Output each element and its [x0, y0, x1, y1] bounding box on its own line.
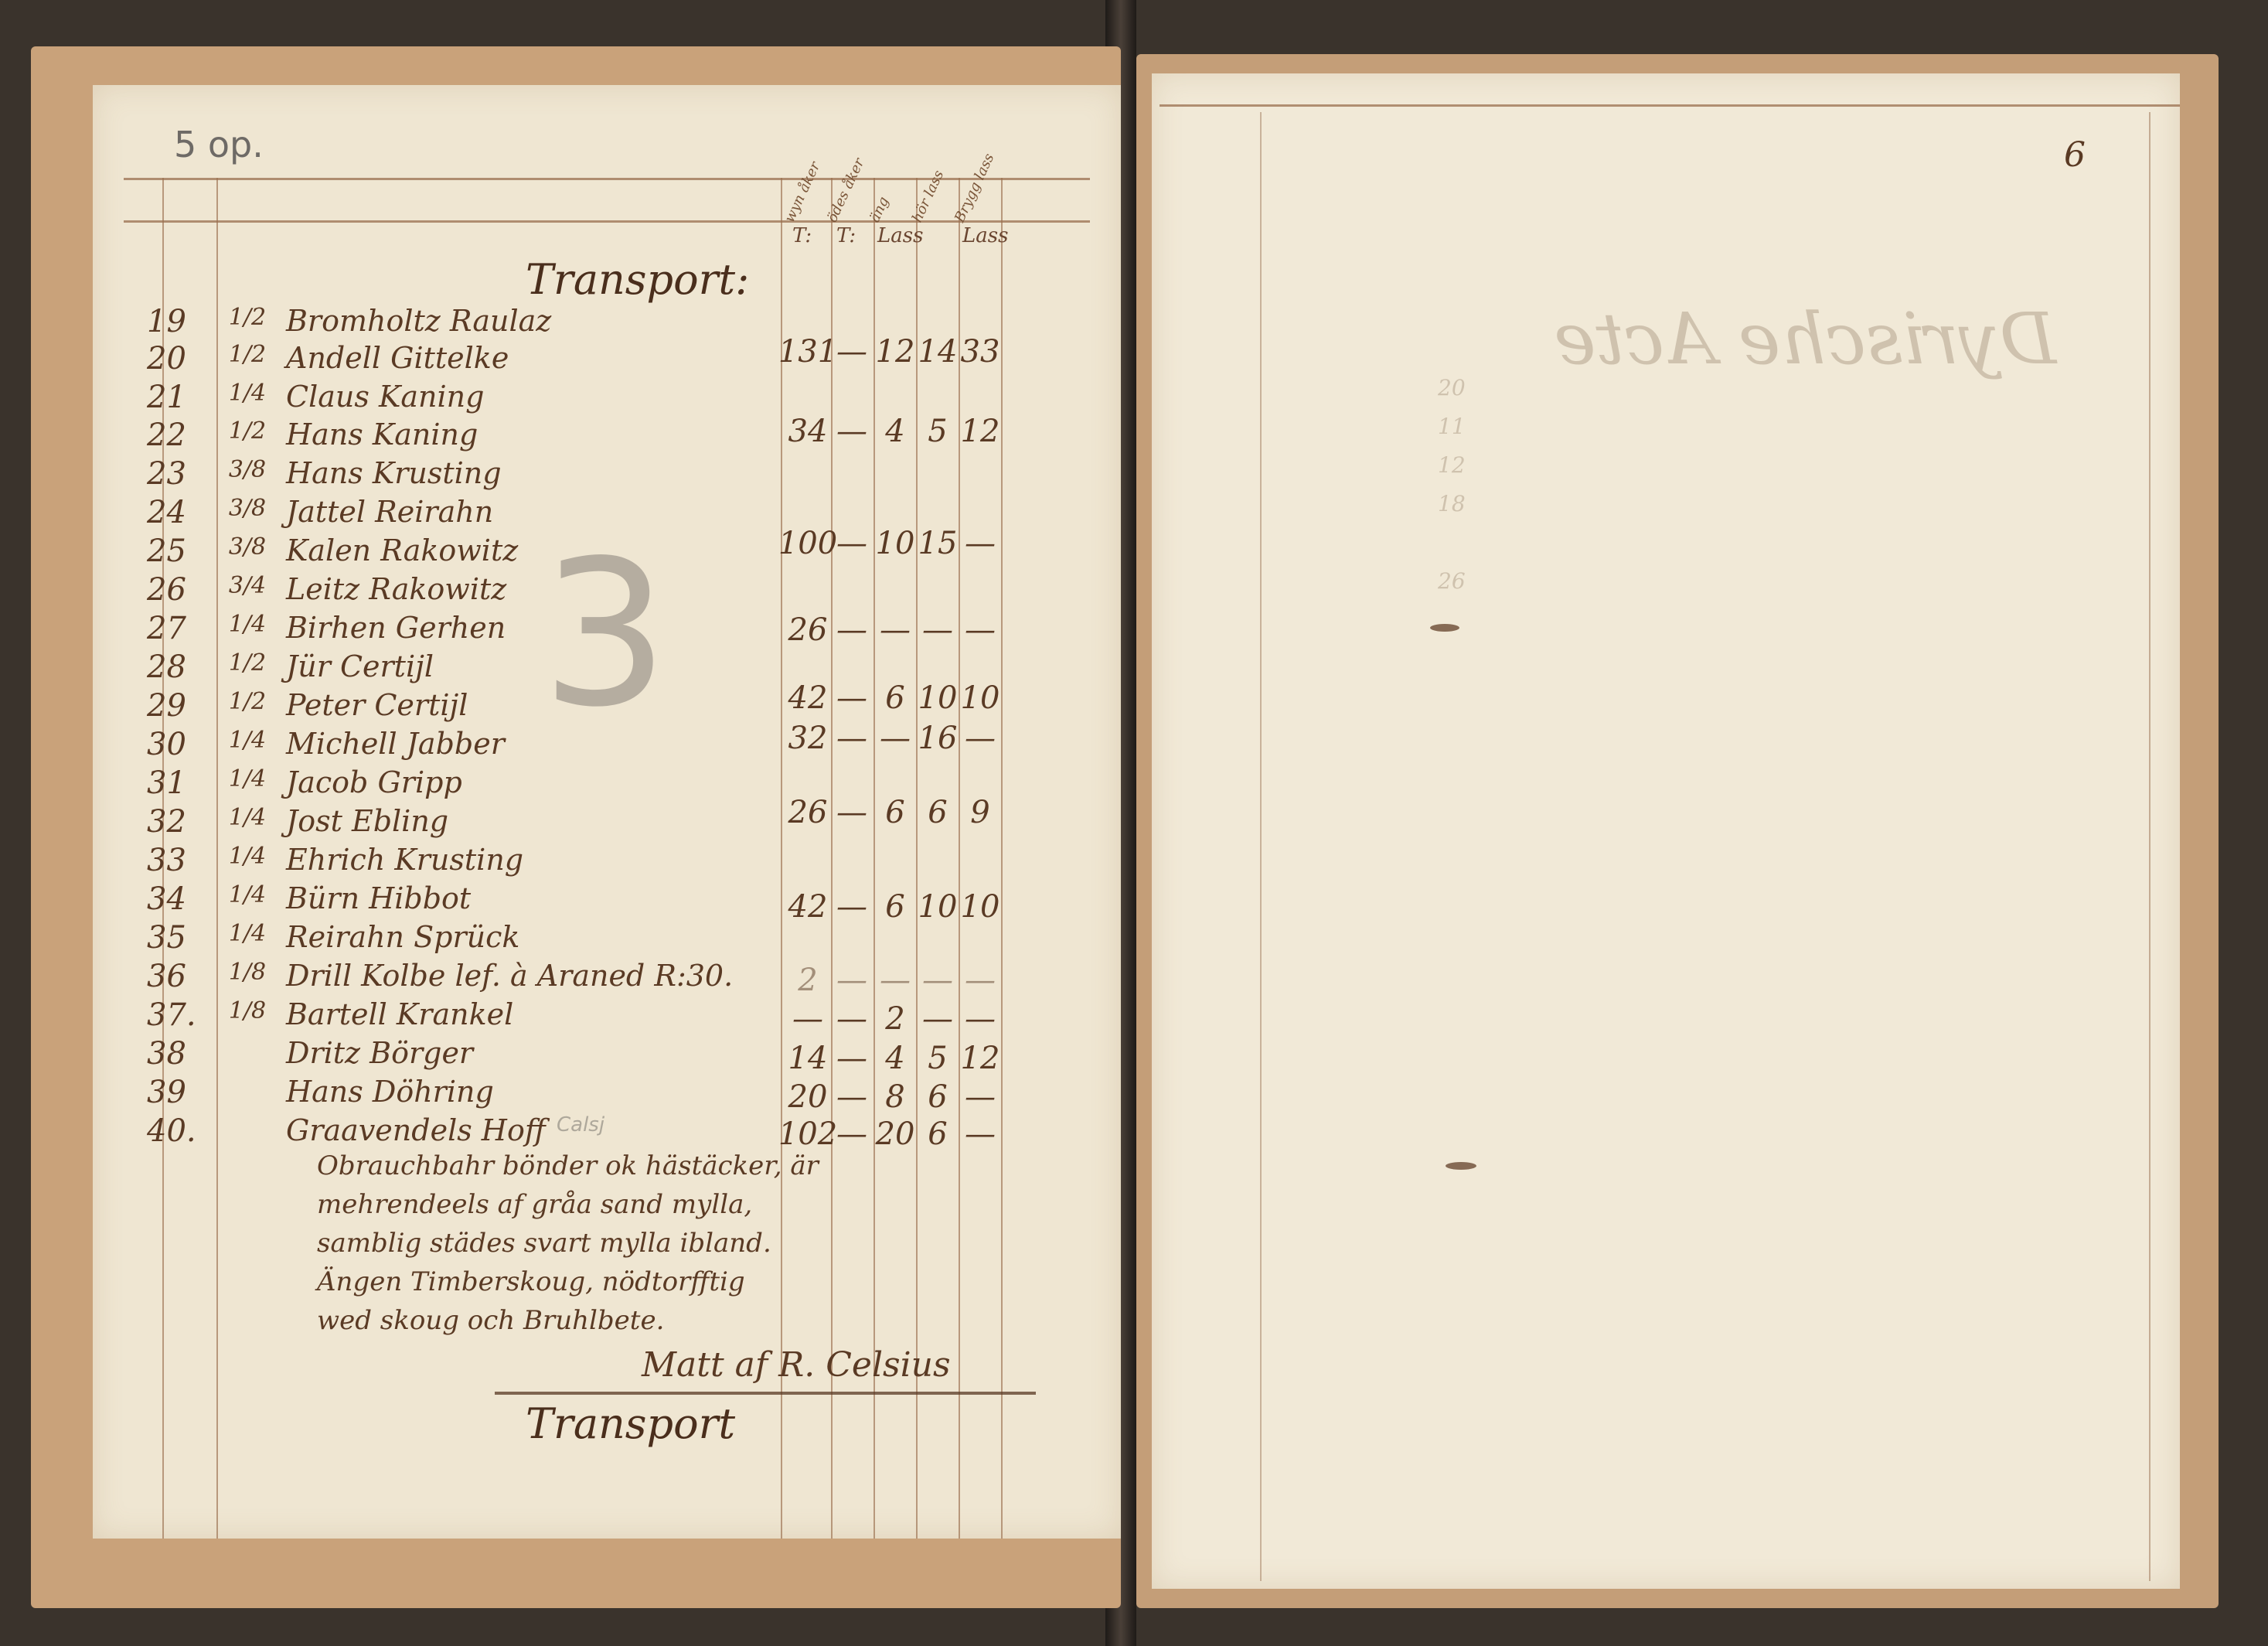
- value-cell: —: [942, 612, 1019, 648]
- entry-name: Jür Certijl: [286, 649, 434, 683]
- entry-row: 331/4Ehrich Krusting: [93, 843, 1121, 880]
- entry-name: Leitz Rakowitz: [286, 572, 506, 606]
- entry-share: 3/4: [224, 572, 271, 599]
- value-cell: —: [942, 1079, 1019, 1115]
- value-cell: 10: [942, 680, 1019, 716]
- column-unit-1: T:: [792, 224, 812, 247]
- description-line: Obrauchbahr bönder ok hästäcker, är: [317, 1150, 819, 1181]
- bleed-through-number: 26: [1438, 568, 1466, 594]
- entry-name: Bromholtz Raulaz: [286, 304, 551, 338]
- entry-share: 3/8: [224, 456, 271, 483]
- total-rule: [495, 1392, 1036, 1395]
- entry-number: 33: [147, 843, 209, 878]
- entry-row: 263/4Leitz Rakowitz: [93, 572, 1121, 609]
- value-row: 34—4512: [93, 414, 1121, 451]
- right-page: 6 Dyrische Acte 20 11 12 18 26: [1152, 73, 2180, 1589]
- value-cell: —: [942, 526, 1019, 561]
- value-cell: —: [942, 1001, 1019, 1037]
- value-cell: —: [942, 963, 1019, 998]
- value-row: 42—61010: [93, 889, 1121, 926]
- page-mark: 5 op.: [174, 124, 264, 165]
- value-cell: 10: [942, 889, 1019, 925]
- entry-share: 1/4: [224, 380, 271, 407]
- value-row: 102—206—: [93, 1116, 1121, 1154]
- description-line: wed skoug och Bruhlbete.: [317, 1305, 664, 1336]
- entry-number: 21: [147, 380, 209, 415]
- value-cell: 12: [942, 414, 1019, 449]
- entry-share: 3/8: [224, 495, 271, 522]
- bleed-through-heading: Dyrische Acte: [1554, 298, 2056, 380]
- ink-blot: [1430, 624, 1459, 632]
- entry-name: Claus Kaning: [286, 380, 484, 414]
- page-number: 6: [2064, 135, 2086, 175]
- value-row: 100—1015—: [93, 526, 1121, 563]
- entry-share: 1/2: [224, 304, 271, 331]
- bleed-through-number: 12: [1438, 452, 1466, 478]
- entry-share: 1/4: [224, 765, 271, 792]
- column-header-4: hör lass: [909, 168, 947, 225]
- transport-carried-forward: Transport:: [526, 255, 749, 304]
- value-row: 2————: [93, 963, 1121, 1000]
- header-rule-bottom: [124, 220, 1090, 223]
- column-unit-2: T:: [836, 224, 856, 247]
- value-cell: 9: [942, 795, 1019, 830]
- entry-share: 1/4: [224, 843, 271, 870]
- description-line: samblig städes svart mylla ibland.: [317, 1228, 771, 1259]
- value-row: 42—61010: [93, 680, 1121, 717]
- entry-name: Jattel Reirahn: [286, 495, 493, 529]
- value-row: 32——16—: [93, 721, 1121, 758]
- page-top-rule: [1160, 104, 2180, 107]
- value-row: 26————: [93, 612, 1121, 649]
- entry-name: Hans Krusting: [286, 456, 502, 490]
- entry-number: 26: [147, 572, 209, 608]
- column-unit-5: Lass: [962, 224, 1008, 247]
- entry-row: 211/4Claus Kaning: [93, 380, 1121, 417]
- description-line: Ängen Timberskoug, nödtorfftig: [317, 1266, 745, 1297]
- bleed-through-number: 11: [1438, 414, 1466, 439]
- transport-bottom: Transport: [526, 1399, 735, 1448]
- right-page-margin-rule: [1260, 112, 1262, 1581]
- value-cell: —: [942, 721, 1019, 756]
- value-cell: 33: [942, 334, 1019, 370]
- bleed-through-number: 20: [1438, 375, 1466, 400]
- description-line: mehrendeels af gråa sand mylla,: [317, 1189, 752, 1220]
- bleed-through-number: 18: [1438, 491, 1466, 516]
- left-page: 5 op. wyn åker ödes åker äng hör lass Br…: [93, 85, 1121, 1539]
- entry-name: Ehrich Krusting: [286, 843, 523, 877]
- column-header-1: wyn åker: [782, 159, 823, 225]
- entry-number: 23: [147, 456, 209, 492]
- surveyor-signature: Matt af R. Celsius: [642, 1345, 951, 1385]
- value-cell: 12: [942, 1041, 1019, 1076]
- right-page-edge-rule: [2149, 112, 2151, 1581]
- value-row: 131—121433: [93, 334, 1121, 371]
- value-row: 26—669: [93, 795, 1121, 832]
- value-row: ——2——: [93, 1001, 1121, 1038]
- ink-blot: [1446, 1162, 1476, 1170]
- value-cell: —: [942, 1116, 1019, 1152]
- entry-row: 233/8Hans Krusting: [93, 456, 1121, 493]
- value-row: 20—86—: [93, 1079, 1121, 1116]
- value-row: 14—4512: [93, 1041, 1121, 1078]
- entry-share: 1/2: [224, 649, 271, 676]
- column-unit-3: Lass: [877, 224, 923, 247]
